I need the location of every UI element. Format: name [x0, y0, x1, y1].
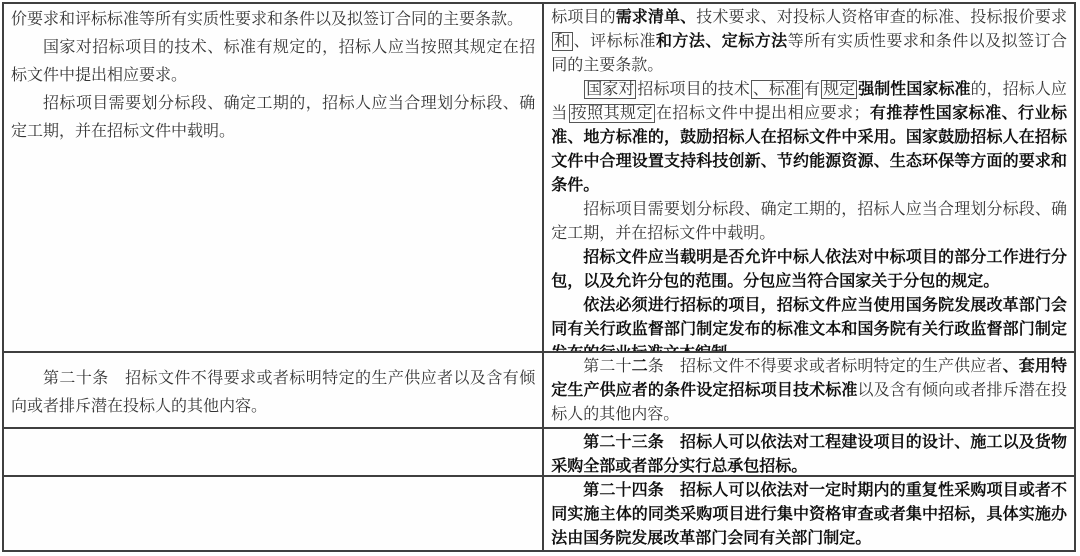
- paragraph: 标项目的需求清单、技术要求、对投标人资格审查的标准、投标报价要求和、评标标准和方…: [551, 6, 1067, 78]
- text-segment: 国家对招标项目的技术、标准有规定的，招标人应当按照其规定在招标文件中提出相应要求…: [11, 39, 535, 84]
- text-segment: 招标项目的技术: [637, 81, 749, 98]
- paragraph: 第二十四条 招标人可以依法对一定时期内的重复性采购项目或者不同实施主体的同类采购…: [551, 479, 1067, 550]
- paragraph: 招标文件应当载明是否允许中标人依法对中标项目的部分工作进行分包，以及允许分包的范…: [551, 246, 1067, 294]
- new-version-cell: 第二十二条 招标文件不得要求或者标明特定的生产供应者、套用特定生产供应者的条件设…: [542, 351, 1074, 427]
- deleted-text-segment: 按照其规定: [569, 104, 655, 123]
- new-version-cell: 第二十三条 招标人可以依法对工程建设项目的设计、施工以及货物采购全部或者部分实行…: [542, 427, 1074, 475]
- new-version-cell: 第二十四条 招标人可以依法对一定时期内的重复性采购项目或者不同实施主体的同类采购…: [542, 475, 1074, 550]
- text-segment: 第二十条 招标文件不得要求或者标明特定的生产供应者以及含有倾向或者排斥潜在投标人…: [11, 370, 535, 415]
- deleted-text-segment: 国家对: [584, 80, 636, 99]
- text-segment: 标项目的: [551, 9, 615, 26]
- text-segment: 在招标文件中提出相应要求；: [656, 105, 870, 122]
- text-segment: 招标项目需要划分标段、确定工期的，招标人应当合理划分标段、确定工期，并在招标文件…: [551, 201, 1067, 242]
- paragraph: 第二十二条 招标文件不得要求或者标明特定的生产供应者、套用特定生产供应者的条件设…: [551, 355, 1067, 427]
- added-text-segment: 强制性国家标准: [858, 81, 970, 98]
- paragraph: 第二十条 招标文件不得要求或者标明特定的生产供应者以及含有倾向或者排斥潜在投标人…: [11, 365, 535, 421]
- added-text-segment: 第二十四条 招标人可以依法对一定时期内的重复性采购项目或者不同实施主体的同类采购…: [551, 482, 1067, 547]
- text-segment: 招标项目需要划分标段、确定工期的，招标人应当合理划分标段、确定工期，并在招标文件…: [11, 95, 535, 140]
- paragraph: 价要求和评标标准等所有实质性要求和条件以及拟签订合同的主要条款。: [11, 6, 535, 34]
- text-segment: 条 招标文件不得要求或者标明特定的生产供应者: [648, 358, 1003, 375]
- text-segment: 有: [804, 81, 820, 98]
- added-text-segment: 和方法、定标方法: [656, 33, 788, 50]
- added-text-segment: 需求清单、: [616, 9, 697, 26]
- added-text-segment: 招标文件应当载明是否允许中标人依法对中标项目的部分工作进行分包，以及允许分包的范…: [551, 249, 1067, 290]
- added-text-segment: 二: [632, 358, 648, 375]
- text-segment: 、评标标准: [574, 33, 656, 50]
- old-version-cell: [4, 427, 542, 475]
- paragraph: 依法必须进行招标的项目，招标文件应当使用国务院发展改革部门会同有关行政监督部门制…: [551, 294, 1067, 351]
- text-segment: 价要求和评标标准等所有实质性要求和条件以及拟签订合同的主要条款。: [11, 11, 523, 28]
- old-version-cell: [4, 475, 542, 550]
- added-text-segment: 第二十三条 招标人可以依法对工程建设项目的设计、施工以及货物采购全部或者部分实行…: [551, 434, 1067, 475]
- added-text-segment: 依法必须进行招标的项目，招标文件应当使用国务院发展改革部门会同有关行政监督部门制…: [551, 297, 1067, 351]
- new-version-cell: 标项目的需求清单、技术要求、对投标人资格审查的标准、投标报价要求和、评标标准和方…: [542, 4, 1074, 351]
- paragraph: 国家对招标项目的技术、标准有规定的，招标人应当按照其规定在招标文件中提出相应要求…: [11, 34, 535, 90]
- text-segment: 第二十: [583, 358, 631, 375]
- deleted-text-segment: 和: [552, 32, 572, 51]
- paragraph: 国家对招标项目的技术、标准有规定强制性国家标准的，招标人应当按照其规定在招标文件…: [551, 78, 1067, 198]
- paragraph: 招标项目需要划分标段、确定工期的，招标人应当合理划分标段、确定工期，并在招标文件…: [551, 198, 1067, 246]
- text-segment: 技术要求、对投标人资格审查的标准、投标报价要求: [696, 9, 1067, 26]
- old-version-cell: 价要求和评标标准等所有实质性要求和条件以及拟签订合同的主要条款。国家对招标项目的…: [4, 4, 542, 351]
- paragraph: 第二十三条 招标人可以依法对工程建设项目的设计、施工以及货物采购全部或者部分实行…: [551, 431, 1067, 475]
- old-version-cell: 第二十条 招标文件不得要求或者标明特定的生产供应者以及含有倾向或者排斥潜在投标人…: [4, 351, 542, 427]
- deleted-text-segment: 规定: [821, 80, 857, 99]
- paragraph: 招标项目需要划分标段、确定工期的，招标人应当合理划分标段、确定工期，并在招标文件…: [11, 90, 535, 146]
- comparison-table: 价要求和评标标准等所有实质性要求和条件以及拟签订合同的主要条款。国家对招标项目的…: [2, 2, 1076, 552]
- deleted-text-segment: 、标准: [751, 80, 803, 99]
